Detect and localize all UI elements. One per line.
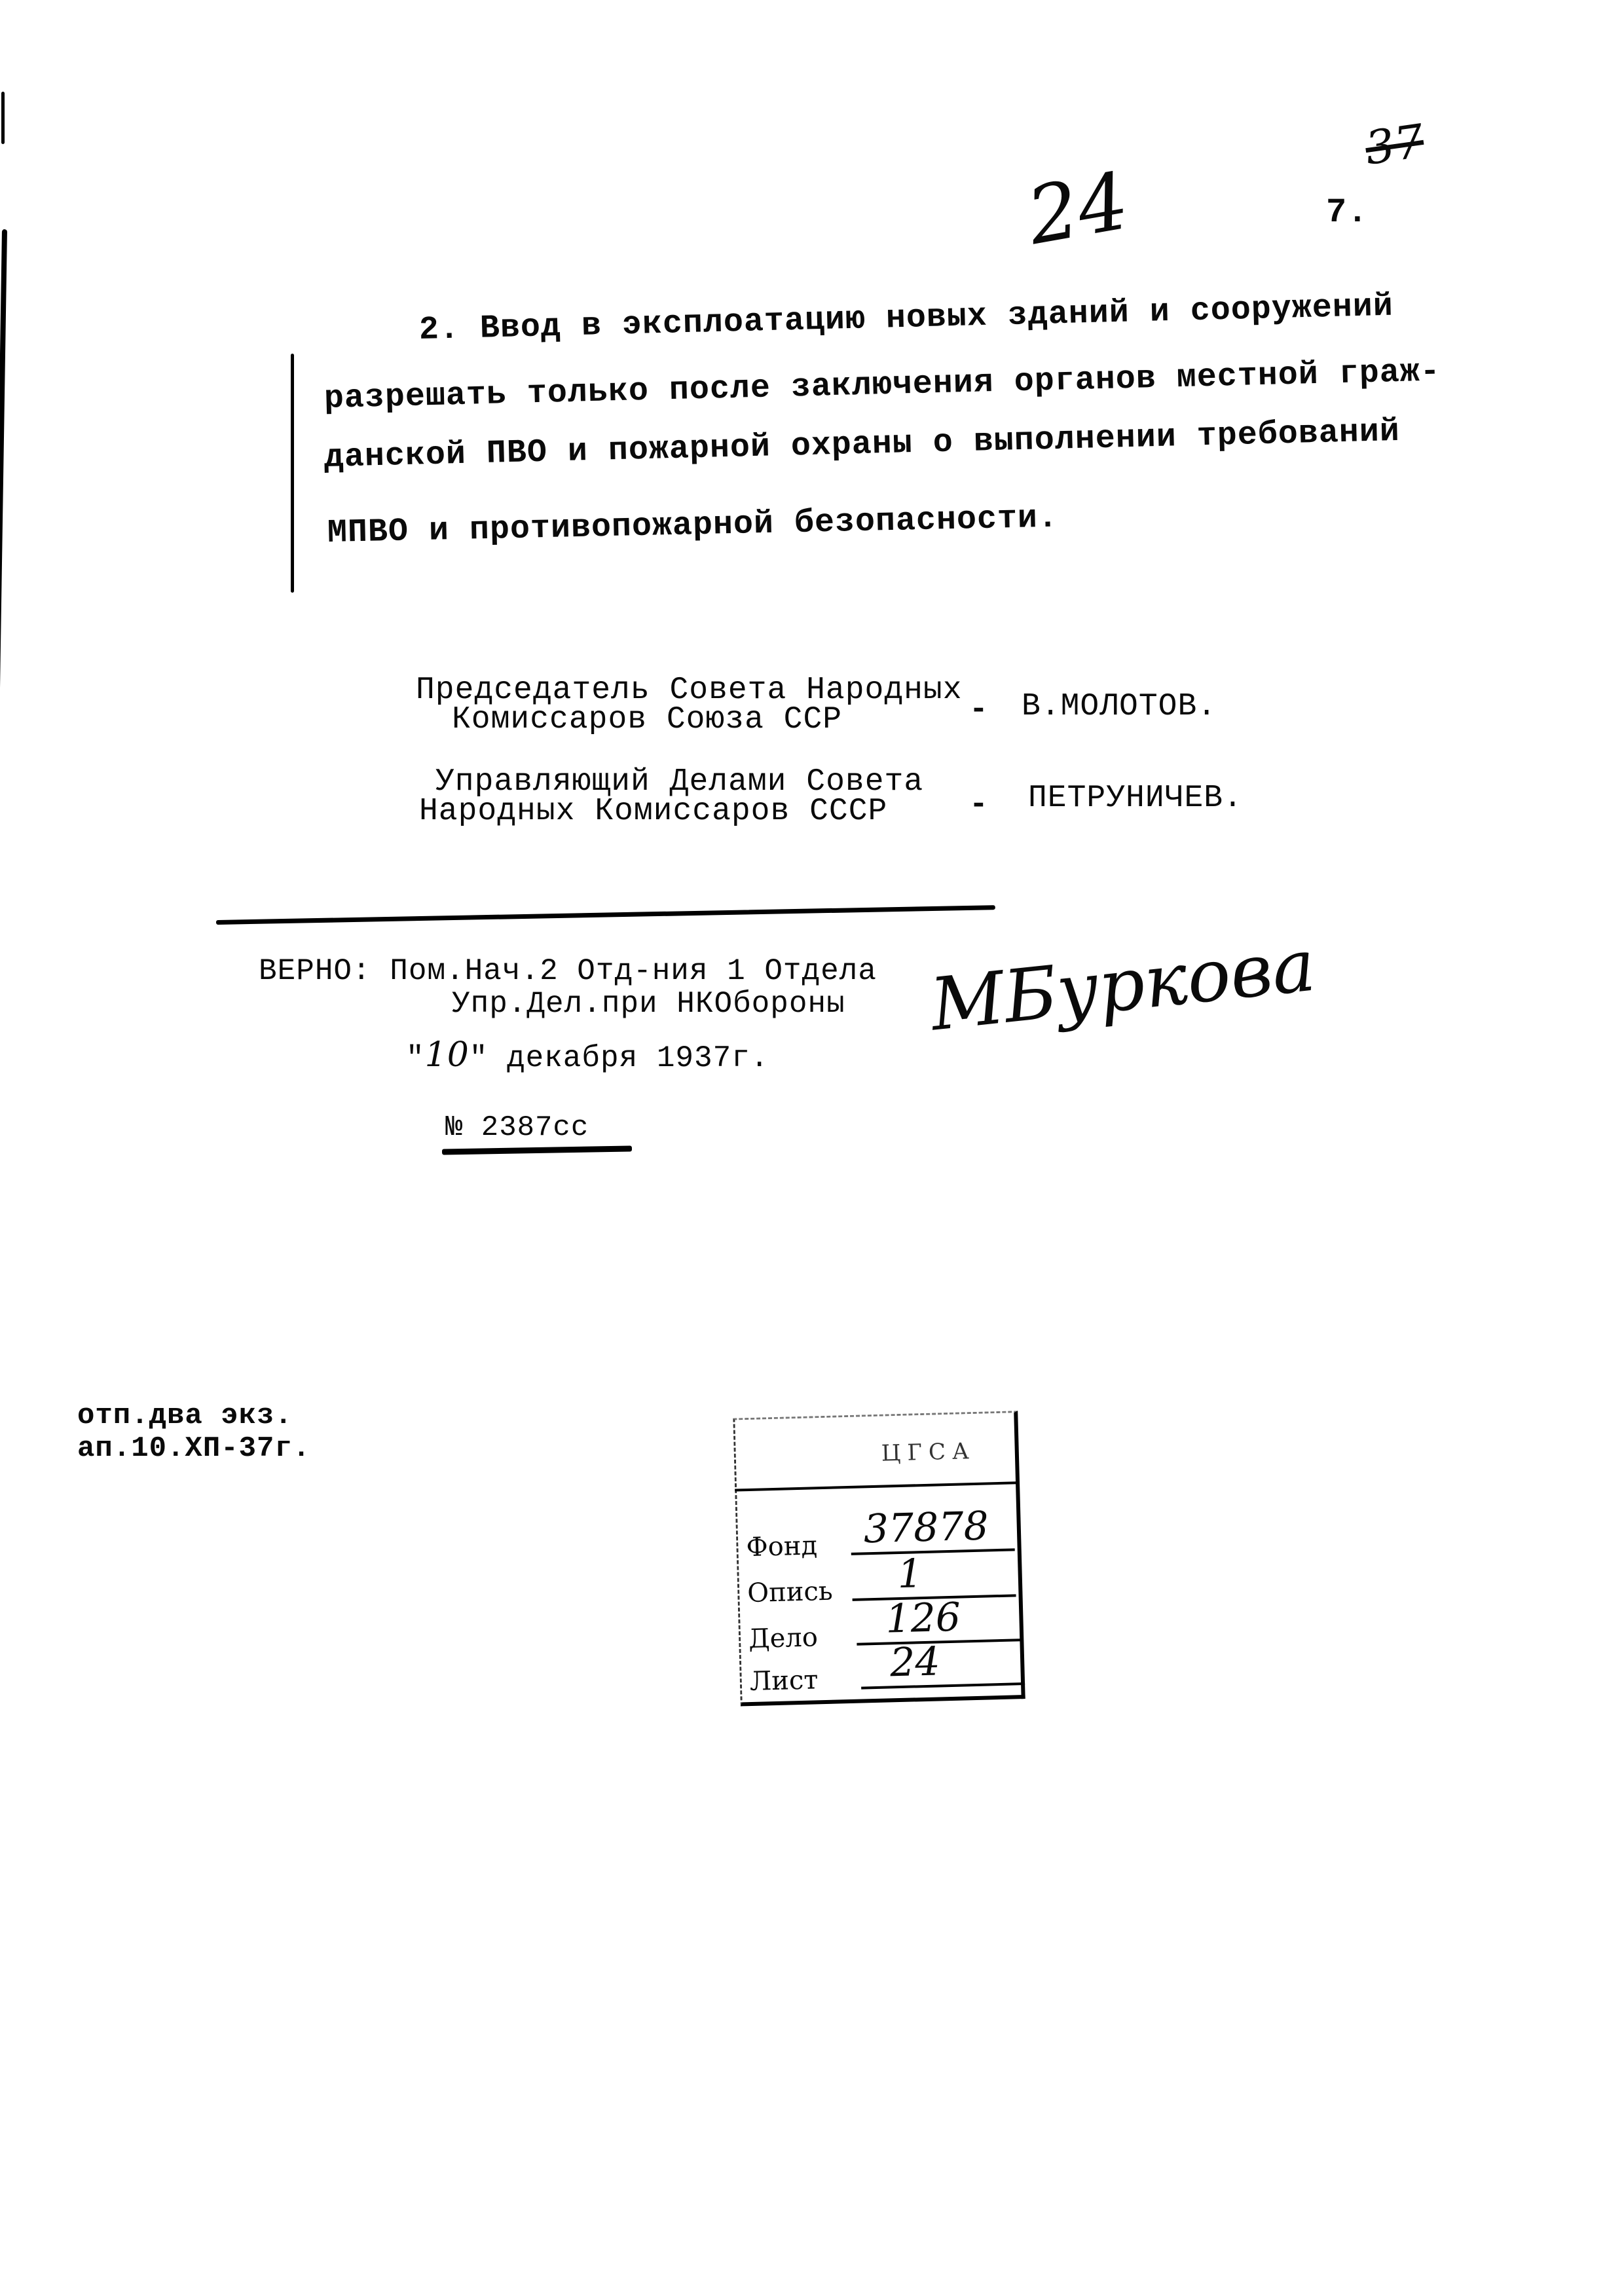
certification-date: "10" декабря 1937г. [406, 1038, 769, 1073]
paragraph-bracket-line [291, 354, 294, 593]
left-margin-line [1, 92, 5, 144]
date-month-year: " декабря 1937г. [470, 1041, 769, 1075]
date-quote: " [406, 1041, 425, 1075]
signature-dash: - [969, 694, 989, 726]
document-number: № 2387сс [445, 1113, 589, 1142]
stamp-label-opis: Опись [747, 1576, 833, 1608]
signatory-title: Председатель Совета Народных [416, 675, 963, 706]
copies-note: отп.два экз. [77, 1401, 293, 1430]
stamp-label-fond: Фонд [746, 1530, 818, 1563]
page-number: 7. [1326, 193, 1368, 232]
handwritten-folio-number: 24 [1021, 156, 1135, 263]
archive-stamp: ЦГСА Фонд 37878 Опись 1 Дело 126 Лист 24 [723, 1411, 1025, 1707]
stamp-value-list: 24 [889, 1639, 940, 1686]
signatory-title: Комиссаров Союза ССР [452, 704, 842, 735]
paragraph-line: данской ПВО и пожарной охраны о выполнен… [323, 416, 1400, 475]
stamp-value-delo: 126 [885, 1595, 961, 1642]
certification-line: Упр.Дел.при НКОбороны [452, 989, 845, 1019]
stamp-title: ЦГСА [881, 1438, 976, 1467]
signatory-name: ПЕТРУНИЧЕВ. [1028, 783, 1243, 814]
signatory-title: Народных Комиссаров СССР [419, 796, 887, 827]
separator-rule [216, 905, 995, 925]
document-number-underline [442, 1145, 632, 1155]
copies-note: ап.10.ХП-37г. [77, 1434, 310, 1463]
handwritten-signature: МБуркова [927, 923, 1319, 1047]
stamp-label-delo: Дело [748, 1622, 819, 1654]
date-day: 10 [425, 1035, 470, 1075]
stamp-label-list: Лист [749, 1665, 819, 1697]
struck-folio-number: 37 [1362, 114, 1428, 176]
paragraph-line: разрешать только после заключения органо… [323, 356, 1441, 416]
signatory-title: Управляющий Делами Совета [435, 766, 923, 798]
struck-folio-text: 37 [1362, 114, 1428, 176]
left-margin-line [0, 229, 7, 2292]
paragraph-line: МПВО и противопожарной безопасности. [327, 502, 1058, 550]
certification-line: ВЕРНО: Пом.Нач.2 Отд-ния 1 Отдела [259, 956, 877, 986]
paragraph-line: 2. Ввод в эксплоатацию новых зданий и со… [418, 291, 1393, 347]
stamp-value-fond: 37878 [863, 1503, 989, 1552]
signature-dash: - [969, 789, 989, 821]
signatory-name: В.МОЛОТОВ. [1022, 691, 1217, 722]
stamp-value-opis: 1 [897, 1551, 923, 1597]
